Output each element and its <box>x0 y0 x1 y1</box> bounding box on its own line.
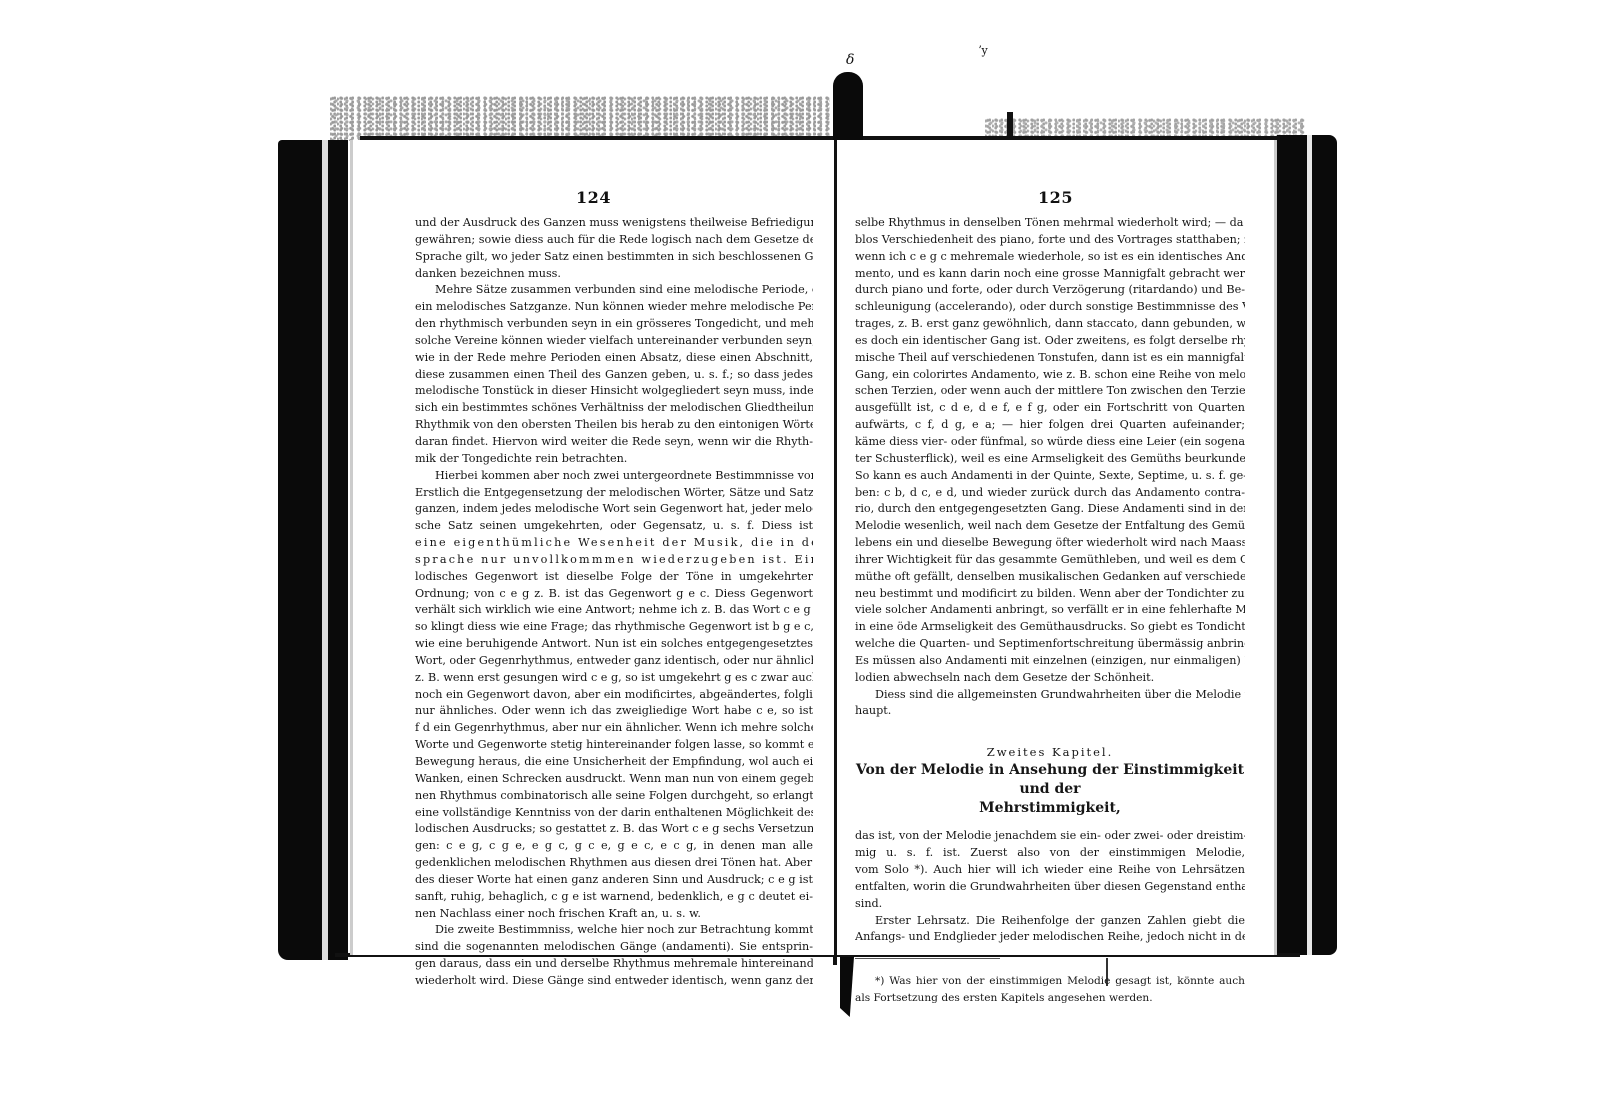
text-line: lodisches Gegenwort ist dieselbe Folge d… <box>415 569 813 586</box>
text-line: sprache nur unvollkommmen wiederzugeben … <box>415 552 813 569</box>
text-line: wiederholt wird. Diese Gänge sind entwed… <box>415 973 813 990</box>
text-line: verhält sich wirklich wie eine Antwort; … <box>415 602 813 619</box>
text-line: Erstlich die Entgegensetzung der melodis… <box>415 485 813 502</box>
right-page-text-before-chapter: selbe Rhythmus in denselben Tönen mehrma… <box>855 215 1245 720</box>
text-line: mik der Tongedichte rein betrachten. <box>415 451 813 468</box>
text-line: Melodie wesenlich, weil nach dem Gesetze… <box>855 518 1245 535</box>
text-line: Worte und Gegenworte stetig hintereinand… <box>415 737 813 754</box>
chapter-title-line-1: Von der Melodie in Ansehung der Einstimm… <box>855 761 1245 799</box>
chapter-label: Zweites Kapitel. <box>855 744 1245 761</box>
text-line: wenn ich c e g c mehremale wiederhole, s… <box>855 249 1245 266</box>
text-line: müthe oft gefällt, denselben musikalisch… <box>855 569 1245 586</box>
text-line: So kann es auch Andamenti in der Quinte,… <box>855 468 1245 485</box>
text-line: durch piano und forte, oder durch Verzög… <box>855 282 1245 299</box>
margin-mark: ʼy <box>978 44 988 57</box>
page-edge-tab <box>1007 112 1013 140</box>
text-line: des dieser Worte hat einen ganz anderen … <box>415 872 813 889</box>
footnote-divider <box>855 958 1000 959</box>
text-line: nen Nachlass einer noch frischen Kraft a… <box>415 906 813 923</box>
left-page-body: und der Ausdruck des Ganzen muss wenigst… <box>415 215 813 990</box>
chapter-title: Von der Melodie in Ansehung der Einstimm… <box>855 761 1245 818</box>
book-cover-left-edge <box>278 140 348 960</box>
text-line: als Fortsetzung des ersten Kapitels ange… <box>855 990 1245 1007</box>
text-line: Sprache gilt, wo jeder Satz einen bestim… <box>415 249 813 266</box>
text-line: mento, und es kann darin noch eine gross… <box>855 266 1245 283</box>
text-line: schleunigung (accelerando), oder durch s… <box>855 299 1245 316</box>
text-line: Anfangs- und Endglieder jeder melodische… <box>855 929 1245 946</box>
text-line: *) Was hier von der einstimmigen Melodie… <box>855 973 1245 990</box>
text-line: lebens ein und dieselbe Bewegung öfter w… <box>855 535 1245 552</box>
text-line: so klingt diess wie eine Frage; das rhyt… <box>415 619 813 636</box>
text-line: trages, z. B. erst ganz gewöhnlich, dann… <box>855 316 1245 333</box>
text-line: Rhythmik von den obersten Theilen bis he… <box>415 417 813 434</box>
text-line: das ist, von der Melodie jenachdem sie e… <box>855 828 1245 845</box>
text-line: z. B. wenn erst gesungen wird c e g, so … <box>415 670 813 687</box>
text-line: wie eine beruhigende Antwort. Nun ist ei… <box>415 636 813 653</box>
right-page-body: selbe Rhythmus in denselben Tönen mehrma… <box>855 215 1245 1007</box>
text-line: lodien abwechseln nach dem Gesetze der S… <box>855 670 1245 687</box>
text-line: nen Rhythmus combinatorisch alle seine F… <box>415 788 813 805</box>
left-page: 124 und der Ausdruck des Ganzen muss wen… <box>350 140 834 955</box>
text-line: ben: c b, d c, e d, und wieder zurück du… <box>855 485 1245 502</box>
text-line: gen: c e g, c g e, e g c, g c e, g e c, … <box>415 838 813 855</box>
text-line: mig u. s. f. ist. Zuerst also von der ei… <box>855 845 1245 862</box>
page-number-left: 124 <box>353 188 834 207</box>
text-line: Bewegung heraus, die eine Unsicherheit d… <box>415 754 813 771</box>
text-line: gewähren; sowie diess auch für die Rede … <box>415 232 813 249</box>
page-number-right: 125 <box>837 188 1274 207</box>
text-line: sind. <box>855 896 1245 913</box>
text-line: wie in der Rede mehre Perioden einen Abs… <box>415 350 813 367</box>
text-line: den rhythmisch verbunden seyn in ein grö… <box>415 316 813 333</box>
text-line: selbe Rhythmus in denselben Tönen mehrma… <box>855 215 1245 232</box>
text-line: ausgefüllt ist, c d e, d e f, e f g, ode… <box>855 400 1245 417</box>
text-line: lodischen Ausdrucks; so gestattet z. B. … <box>415 821 813 838</box>
chapter-title-line-2: Mehrstimmigkeit, <box>855 799 1245 818</box>
text-line: Wort, oder Gegenrhythmus, entweder ganz … <box>415 653 813 670</box>
text-line: gen daraus, dass ein und derselbe Rhythm… <box>415 956 813 973</box>
text-line: aufwärts, c f, d g, e a; — hier folgen d… <box>855 417 1245 434</box>
text-line: ihrer Wichtigkeit für das gesammte Gemüt… <box>855 552 1245 569</box>
text-line: sche Satz seinen umgekehrten, oder Gegen… <box>415 518 813 535</box>
text-line: Diess sind die allgemeinsten Grundwahrhe… <box>855 687 1245 704</box>
text-line: daran findet. Hiervon wird weiter die Re… <box>415 434 813 451</box>
text-line: haupt. <box>855 703 1245 720</box>
text-line: diese zusammen einen Theil des Ganzen ge… <box>415 367 813 384</box>
text-line: gedenklichen melodischen Rhythmen aus di… <box>415 855 813 872</box>
right-page: 125 selbe Rhythmus in denselben Tönen me… <box>837 140 1277 955</box>
text-line: entfalten, worin die Grundwahrheiten übe… <box>855 879 1245 896</box>
text-line: sind die sogenannten melodischen Gänge (… <box>415 939 813 956</box>
text-line: f d ein Gegenrhythmus, aber nur ein ähnl… <box>415 720 813 737</box>
text-line: viele solcher Andamenti anbringt, so ver… <box>855 602 1245 619</box>
spine-bottom-shadow <box>840 957 854 1017</box>
text-line: ter Schusterflick), weil es eine Armseli… <box>855 451 1245 468</box>
text-line: neu bestimmt und modificirt zu bilden. W… <box>855 586 1245 603</box>
text-line: vom Solo *). Auch hier will ich wieder e… <box>855 862 1245 879</box>
text-line: mische Theil auf verschiedenen Tonstufen… <box>855 350 1245 367</box>
text-line: Hierbei kommen aber noch zwei untergeord… <box>415 468 813 485</box>
text-line: melodische Tonstück in dieser Hinsicht w… <box>415 383 813 400</box>
text-line: nur ähnliches. Oder wenn ich das zweigli… <box>415 703 813 720</box>
text-line: blos Verschiedenheit des piano, forte un… <box>855 232 1245 249</box>
text-line: Gang, ein colorirtes Andamento, wie z. B… <box>855 367 1245 384</box>
text-line: ganzen, indem jedes melodische Wort sein… <box>415 501 813 518</box>
text-line: und der Ausdruck des Ganzen muss wenigst… <box>415 215 813 232</box>
text-line: noch ein Gegenwort davon, aber ein modif… <box>415 687 813 704</box>
text-line: solche Vereine können wieder vielfach un… <box>415 333 813 350</box>
footnote: *) Was hier von der einstimmigen Melodie… <box>855 973 1245 1007</box>
text-line: Die zweite Bestimmniss, welche hier noch… <box>415 922 813 939</box>
right-page-text-after-chapter: das ist, von der Melodie jenachdem sie e… <box>855 828 1245 946</box>
text-line: eine vollständige Kenntniss von der dari… <box>415 805 813 822</box>
text-line: Es müssen also Andamenti mit einzelnen (… <box>855 653 1245 670</box>
spine-mark: δ <box>846 52 854 68</box>
text-line: rio, durch den entgegengesetzten Gang. D… <box>855 501 1245 518</box>
scanner-noise-left <box>330 96 830 141</box>
text-line: Erster Lehrsatz. Die Reihenfolge der gan… <box>855 913 1245 930</box>
book-scan: δ ʼy 124 und der Ausdruck des Ganzen mus… <box>0 0 1600 1114</box>
text-line: ein melodisches Satzganze. Nun können wi… <box>415 299 813 316</box>
text-line: in eine öde Armseligkeit des Gemüthausdr… <box>855 619 1245 636</box>
text-line: eine eigenthümliche Wesenheit der Musik,… <box>415 535 813 552</box>
text-line: sich ein bestimmtes schönes Verhältniss … <box>415 400 813 417</box>
text-line: danken bezeichnen muss. <box>415 266 813 283</box>
text-line: Mehre Sätze zusammen verbunden sind eine… <box>415 282 813 299</box>
book-cover-right-edge <box>1277 135 1337 955</box>
text-line: Ordnung; von c e g z. B. ist das Gegenwo… <box>415 586 813 603</box>
text-line: welche die Quarten- und Septimenfortschr… <box>855 636 1245 653</box>
text-line: schen Terzien, oder wenn auch der mittle… <box>855 383 1245 400</box>
text-line: es doch ein identischer Gang ist. Oder z… <box>855 333 1245 350</box>
text-line: käme diess vier- oder fünfmal, so würde … <box>855 434 1245 451</box>
text-line: sanft, ruhig, behaglich, c g e ist warne… <box>415 889 813 906</box>
text-line: Wanken, einen Schrecken ausdruckt. Wenn … <box>415 771 813 788</box>
